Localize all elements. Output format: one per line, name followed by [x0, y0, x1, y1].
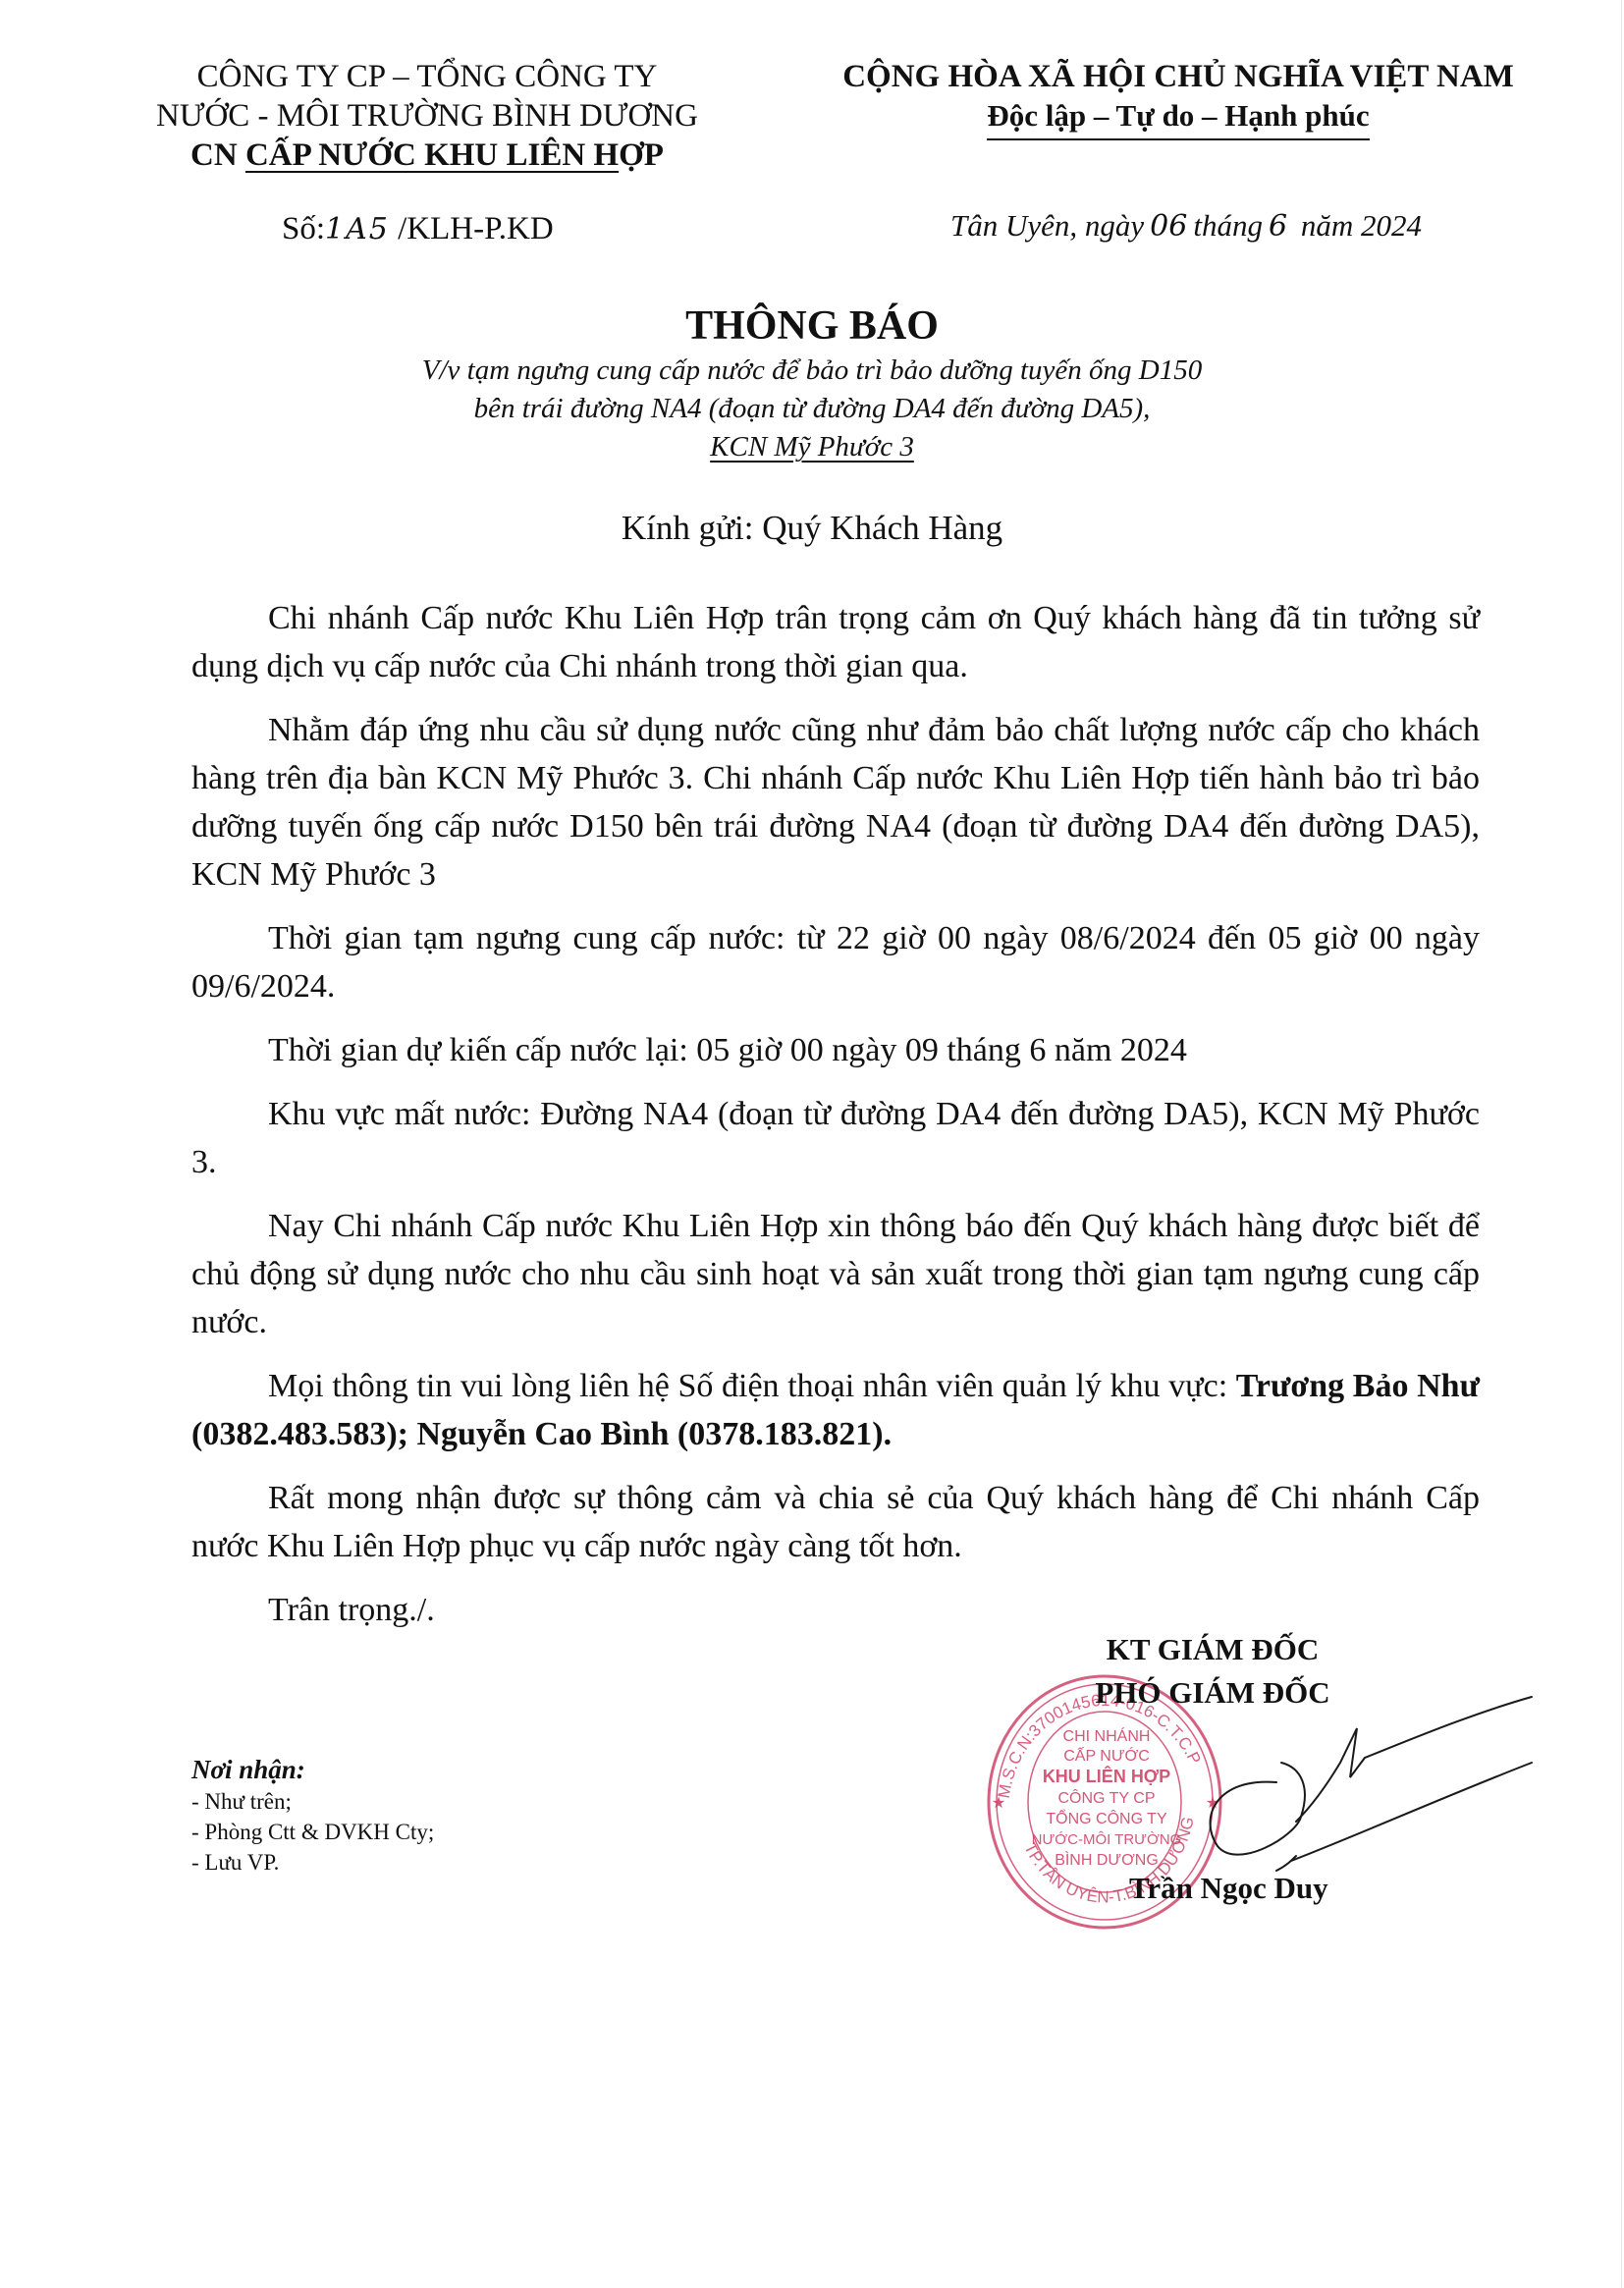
recipients-heading: Nơi nhận:	[191, 1753, 434, 1786]
issuer-branch-suffix: ỢP	[619, 137, 664, 173]
subject-line1: V/v tạm ngưng cung cấp nước để bảo trì b…	[295, 352, 1329, 390]
recipient-item: - Lưu VP.	[191, 1847, 434, 1878]
national-title: CỘNG HÒA XÃ HỘI CHỦ NGHĨA VIỆT NAM	[785, 57, 1571, 96]
date-line: Tân Uyên, ngày06tháng6 năm 2024	[950, 208, 1422, 244]
doc-number-handwritten: 1A5	[325, 212, 390, 246]
paragraph-notice: Nay Chi nhánh Cấp nước Khu Liên Hợp xin …	[191, 1202, 1480, 1346]
national-header: CỘNG HÒA XÃ HỘI CHỦ NGHĨA VIỆT NAM Độc l…	[785, 57, 1571, 140]
paragraph-thanks: Chi nhánh Cấp nước Khu Liên Hợp trân trọ…	[191, 594, 1480, 690]
doc-number-label: Số:	[282, 211, 325, 246]
date-month: 6	[1263, 209, 1293, 244]
paragraph-affected-area: Khu vực mất nước: Đường NA4 (đoạn từ đườ…	[191, 1090, 1480, 1186]
issuer-header: CÔNG TY CP – TỔNG CÔNG TY NƯỚC - MÔI TRƯ…	[137, 57, 717, 175]
notice-body: Chi nhánh Cấp nước Khu Liên Hợp trân trọ…	[191, 594, 1480, 1648]
document-number: Số:1A5 /KLH-P.KD	[282, 211, 554, 247]
svg-text:★: ★	[992, 1795, 1005, 1812]
date-month-label: tháng	[1193, 208, 1263, 243]
document-subject: V/v tạm ngưng cung cấp nước để bảo trì b…	[295, 352, 1329, 466]
paragraph-restore-time: Thời gian dự kiến cấp nước lại: 05 giờ 0…	[191, 1026, 1480, 1074]
paragraph-apology: Rất mong nhận được sự thông cảm và chia …	[191, 1474, 1480, 1570]
issuer-parent-line2: NƯỚC - MÔI TRƯỜNG BÌNH DƯƠNG	[137, 96, 717, 136]
issuer-branch-underlined: CẤP NƯỚC KHU LIÊN H	[245, 137, 619, 173]
recipient-item: - Như trên;	[191, 1786, 434, 1817]
doc-number-suffix: /KLH-P.KD	[398, 211, 554, 246]
recipients: Nơi nhận: - Như trên; - Phòng Ctt & DVKH…	[191, 1753, 434, 1878]
closing: Trân trọng./.	[191, 1586, 1480, 1634]
issuer-branch: CN CẤP NƯỚC KHU LIÊN HỢP	[137, 136, 717, 175]
handwritten-signature-icon	[1129, 1669, 1542, 1895]
paragraph-purpose: Nhằm đáp ứng nhu cầu sử dụng nước cũng n…	[191, 706, 1480, 899]
contact-intro: Mọi thông tin vui lòng liên hệ Số điện t…	[268, 1368, 1227, 1404]
signer-name: Trần Ngọc Duy	[1129, 1871, 1328, 1906]
signer-authority: KT GIÁM ĐỐC	[1026, 1628, 1399, 1671]
issuer-branch-prefix: CN	[190, 137, 245, 173]
date-year: năm 2024	[1301, 208, 1422, 243]
paragraph-contact: Mọi thông tin vui lòng liên hệ Số điện t…	[191, 1362, 1480, 1458]
date-day: 06	[1144, 209, 1193, 244]
document-title: THÔNG BÁO	[0, 302, 1624, 350]
national-motto: Độc lập – Tự do – Hạnh phúc	[987, 96, 1369, 140]
recipient-item: - Phòng Ctt & DVKH Cty;	[191, 1817, 434, 1847]
issuer-parent-line1: CÔNG TY CP – TỔNG CÔNG TY	[137, 57, 717, 96]
date-place: Tân Uyên, ngày	[950, 208, 1144, 243]
subject-line3: KCN Mỹ Phước 3	[710, 431, 914, 463]
subject-line2: bên trái đường NA4 (đoạn từ đường DA4 đế…	[295, 390, 1329, 428]
greeting: Kính gửi: Quý Khách Hàng	[0, 509, 1624, 548]
paragraph-suspension-time: Thời gian tạm ngưng cung cấp nước: từ 22…	[191, 914, 1480, 1010]
